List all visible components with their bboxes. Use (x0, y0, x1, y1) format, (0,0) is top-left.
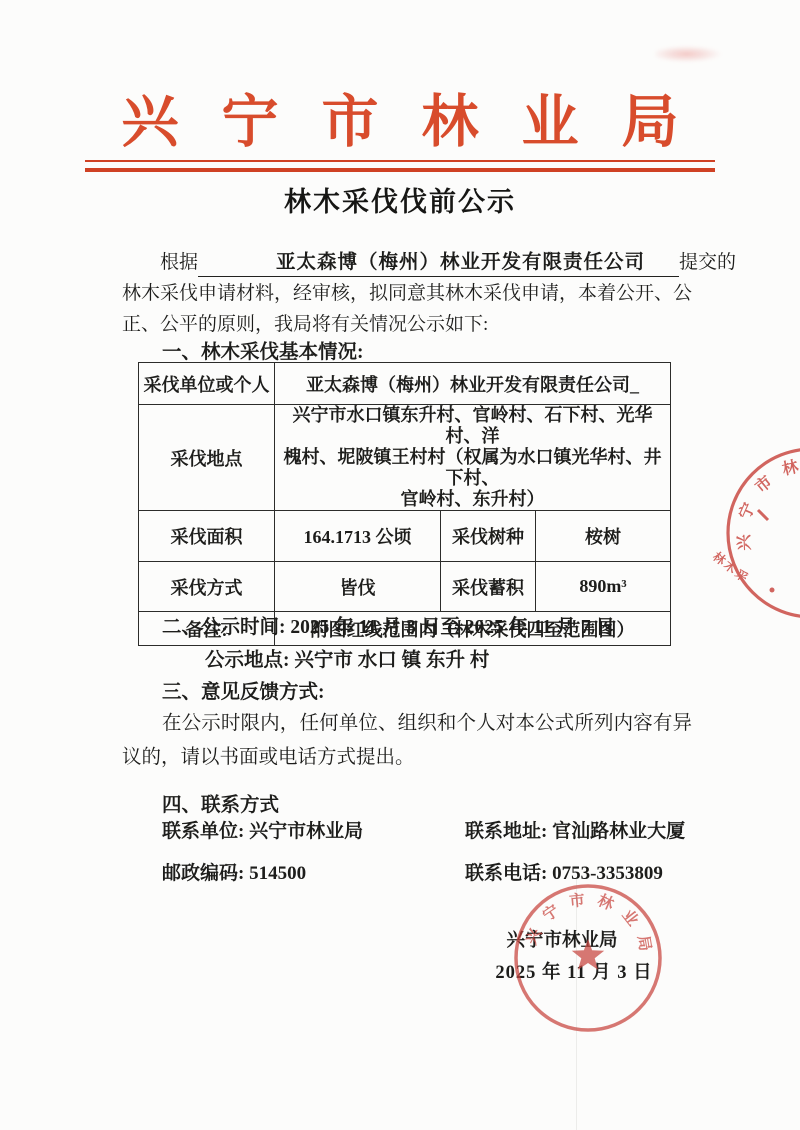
volume-value-cell: 890m³ (536, 562, 671, 612)
company-name: 亚太森博（梅州）林业开发有限责任公司 (276, 252, 645, 273)
contact-row-1: 联系单位: 兴宁市林业局联系地址: 官汕路林业大厦 (162, 816, 722, 843)
table-row-unit: 采伐单位或个人 亚太森博（梅州）林业开发有限责任公司_ (139, 363, 671, 405)
contact-zip-label: 邮政编码: (162, 863, 244, 884)
section-1-title: 一、林木采伐基本情况: (162, 336, 364, 364)
publicity-time-line: 二、公示时间: 2025 年 11 月 3 日至 2025 年 11 月 7 日 (162, 611, 615, 639)
intro-lead-suffix: 提交的 (679, 252, 736, 273)
publicity-place-line: 公示地点: 兴宁市 水口 镇 东升 村 (205, 644, 489, 672)
contact-unit-value: 兴宁市林业局 (249, 821, 363, 842)
unit-value-cell: 亚太森博（梅州）林业开发有限责任公司_ (275, 363, 671, 405)
side-seal: 兴宁市林 林木采 (700, 440, 800, 635)
table-row-area-species: 采伐面积 164.1713 公顷 采伐树种 桉树 (139, 511, 671, 562)
contact-unit: 联系单位: 兴宁市林业局 (162, 816, 465, 843)
side-seal-dot (770, 588, 775, 593)
method-value-cell: 皆伐 (275, 562, 441, 612)
doc-title: 林木采伐伐前公示 (0, 180, 800, 219)
crease-line (576, 878, 577, 1130)
red-divider-line (85, 160, 715, 172)
intro-line1: 根据亚太森博（梅州）林业开发有限责任公司提交的 (122, 247, 692, 278)
svg-text:兴宁市林: 兴宁市林 (734, 455, 800, 551)
agency-header: 兴宁市林业局 (0, 76, 800, 158)
location-label-cell: 采伐地点 (139, 405, 275, 511)
side-seal-ring-text: 兴宁市林 (734, 455, 800, 551)
side-seal-mark (758, 510, 768, 520)
area-value-cell: 164.1713 公顷 (275, 511, 441, 562)
location-value-cell: 兴宁市水口镇东升村、官岭村、石下村、光华村、洋 槐村、坭陂镇王村村（权属为水口镇… (275, 405, 671, 511)
intro-paragraph-rest: 林木采伐申请材料，经审核，拟同意其林木采伐申请，本着公开、公正、公平的原则，我局… (122, 278, 692, 340)
intro-paragraph: 根据亚太森博（梅州）林业开发有限责任公司提交的 林木采伐申请材料，经审核，拟同意… (122, 247, 692, 340)
scanned-document-page: 兴宁市林业局 林木采伐伐前公示 根据亚太森博（梅州）林业开发有限责任公司提交的 … (0, 0, 800, 1130)
contact-zip: 邮政编码: 514500 (162, 858, 465, 885)
company-underline: 亚太森博（梅州）林业开发有限责任公司 (198, 251, 679, 277)
volume-label-cell: 采伐蓄积 (441, 562, 536, 612)
contact-address-label: 联系地址: (465, 821, 547, 842)
table-row-location: 采伐地点 兴宁市水口镇东升村、官岭村、石下村、光华村、洋 槐村、坭陂镇王村村（权… (139, 405, 671, 511)
unit-label-cell: 采伐单位或个人 (139, 363, 275, 405)
ink-smudge (655, 45, 725, 63)
intro-lead-prefix: 根据 (160, 252, 198, 273)
contact-unit-label: 联系单位: (162, 821, 244, 842)
method-label-cell: 采伐方式 (139, 562, 275, 612)
official-seal: 兴宁市林业局 (505, 875, 671, 1041)
feedback-paragraph: 在公示时限内，任何单位、组织和个人对本公式所列内容有异议的，请以书面或电话方式提… (122, 707, 692, 775)
contact-address-value: 官汕路林业大厦 (552, 821, 685, 842)
felling-table: 采伐单位或个人 亚太森博（梅州）林业开发有限责任公司_ 采伐地点 兴宁市水口镇东… (138, 362, 671, 646)
species-label-cell: 采伐树种 (441, 511, 536, 562)
contact-title: 四、联系方式 (162, 789, 279, 817)
contact-zip-value: 514500 (249, 863, 306, 884)
species-value-cell: 桉树 (536, 511, 671, 562)
feedback-title: 三、意见反馈方式: (162, 676, 325, 704)
contact-address: 联系地址: 官汕路林业大厦 (465, 821, 685, 842)
table-row-method-volume: 采伐方式 皆伐 采伐蓄积 890m³ (139, 562, 671, 612)
area-label-cell: 采伐面积 (139, 511, 275, 562)
